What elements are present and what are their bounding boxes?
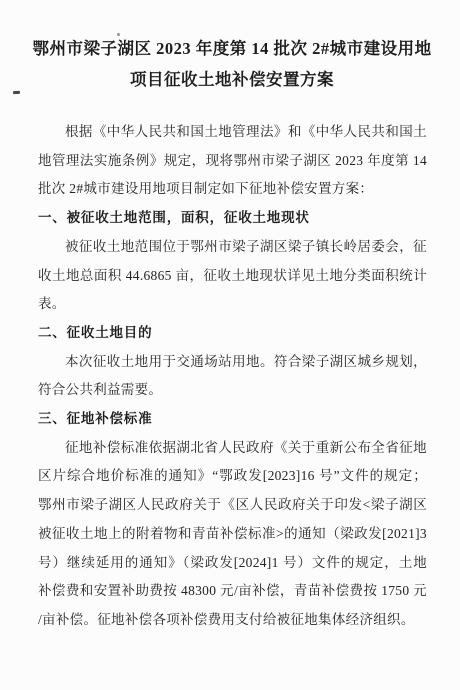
paragraph-line: 被征收土地范围位于鄂州市梁子湖区梁子镇长岭居委会，征 xyxy=(38,233,427,262)
document-body: 根据《中华人民共和国土地管理法》和《中华人民共和国土地管理法实施条例》规定，现将… xyxy=(38,118,427,635)
paragraph-line: 征地补偿标准依据湖北省人民政府《关于重新公布全省征地 xyxy=(38,434,427,463)
paragraph-line: 区片综合地价标准的通知》“鄂政发[2023]16 号”文件的规定； xyxy=(38,462,427,491)
document-title-line-2: 项目征收土地补偿安置方案 xyxy=(30,64,434,95)
section-heading: 一、被征收土地范围，面积，征收土地现状 xyxy=(38,204,427,233)
paragraph-line: 鄂州市梁子湖区人民政府关于《区人民政府关于印发<梁子湖区 xyxy=(38,491,427,520)
paragraph-line: 表。 xyxy=(38,290,427,319)
paragraph-line: 收土地总面积 44.6865 亩，征收土地现状详见土地分类面积统计 xyxy=(38,262,427,291)
paragraph-line: 号）继续延用的通知》（梁政发[2024]1 号）文件的规定，土地 xyxy=(38,549,427,578)
section-heading: 三、征地补偿标准 xyxy=(38,405,427,434)
paragraph-line: 批次 2#城市建设用地项目制定如下征地补偿安置方案： xyxy=(38,175,427,204)
paragraph-line: 地管理法实施条例》规定，现将鄂州市梁子湖区 2023 年度第 14 xyxy=(38,147,427,176)
scanned-document-page: 鄂州市梁子湖区 2023 年度第 14 批次 2#城市建设用地 项目征收土地补偿… xyxy=(0,0,460,690)
paragraph-line: 根据《中华人民共和国土地管理法》和《中华人民共和国土 xyxy=(38,118,427,147)
document-title: 鄂州市梁子湖区 2023 年度第 14 批次 2#城市建设用地 项目征收土地补偿… xyxy=(30,33,434,95)
section-heading: 二、征收土地目的 xyxy=(38,319,427,348)
paragraph-line: 补偿费和安置补助费按 48300 元/亩补偿，青苗补偿费按 1750 元 xyxy=(38,577,427,606)
document-title-line-1: 鄂州市梁子湖区 2023 年度第 14 批次 2#城市建设用地 xyxy=(30,33,434,64)
paragraph-line: 被征收土地上的附着物和青苗补偿标准>的通知（梁政发[2021]3 xyxy=(38,520,427,549)
paragraph-line: 本次征收土地用于交通场站用地。符合梁子湖区城乡规划， xyxy=(38,348,427,377)
paragraph-line: /亩补偿。征地补偿各项补偿费用支付给被征地集体经济组织。 xyxy=(38,606,427,635)
paragraph-line: 符合公共利益需要。 xyxy=(38,376,427,405)
scan-dash-artifact xyxy=(13,91,20,94)
